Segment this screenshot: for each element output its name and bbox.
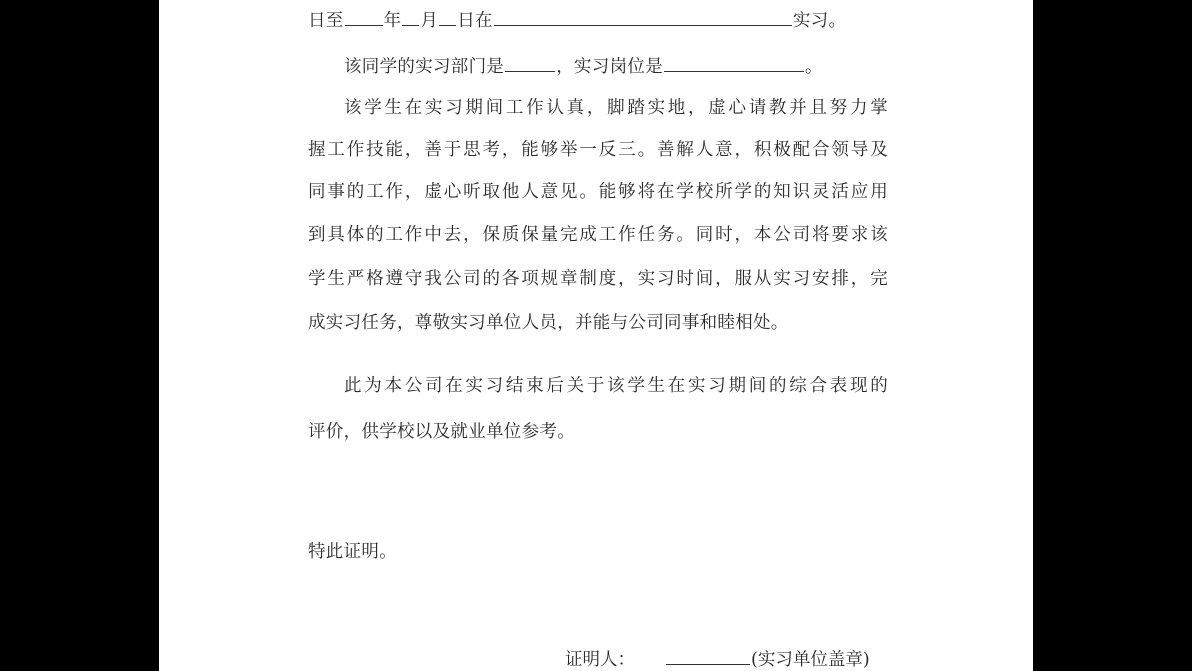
paragraph1-line: 学生严格遵守我公司的各项规章制度，实习时间，服从实习安排，完	[308, 267, 888, 291]
department-position-line: 该同学的实习部门是，实习岗位是。	[344, 55, 888, 79]
department-blank[interactable]	[505, 55, 555, 72]
paragraph1-line: 该学生在实习期间工作认真，脚踏实地，虚心请教并且努力掌	[344, 96, 888, 120]
day-blank[interactable]	[439, 9, 456, 26]
position-label: ，实习岗位是	[556, 57, 663, 77]
paragraph1-line: 同事的工作，虚心听取他人意见。能够将在学校所学的知识灵活应用	[308, 180, 888, 204]
date-location-line: 日至年月日在实习。	[308, 9, 888, 33]
company-blank[interactable]	[494, 9, 792, 26]
month-label: 月	[420, 11, 438, 31]
signature-blank[interactable]	[666, 648, 750, 665]
line-end: 。	[805, 57, 823, 77]
department-label: 该同学的实习部门是	[344, 57, 504, 77]
seal-note: (实习单位盖章)	[751, 650, 870, 670]
closing-text: 特此证明。	[308, 540, 888, 564]
signature-line: 证明人：(实习单位盖章)	[565, 648, 870, 671]
paragraph1-line: 成实习任务，尊敬实习单位人员，并能与公司同事和睦相处。	[308, 311, 888, 335]
paragraph2-line: 评价，供学校以及就业单位参考。	[308, 420, 888, 444]
paragraph2-line: 此为本公司在实习结束后关于该学生在实习期间的综合表现的	[344, 374, 888, 398]
internship-suffix: 实习。	[793, 11, 846, 31]
year-blank[interactable]	[345, 9, 383, 26]
signature-label: 证明人：	[565, 650, 635, 670]
date-prefix: 日至	[308, 11, 344, 31]
day-label: 日在	[457, 11, 493, 31]
month-blank[interactable]	[402, 9, 419, 26]
document-page: 日至年月日在实习。 该同学的实习部门是，实习岗位是。 该学生在实习期间工作认真，…	[159, 0, 1033, 671]
paragraph1-line: 握工作技能，善于思考，能够举一反三。善解人意，积极配合领导及	[308, 138, 888, 162]
position-blank[interactable]	[664, 55, 804, 72]
year-label: 年	[384, 11, 402, 31]
paragraph1-line: 到具体的工作中去，保质保量完成工作任务。同时，本公司将要求该	[308, 223, 888, 247]
